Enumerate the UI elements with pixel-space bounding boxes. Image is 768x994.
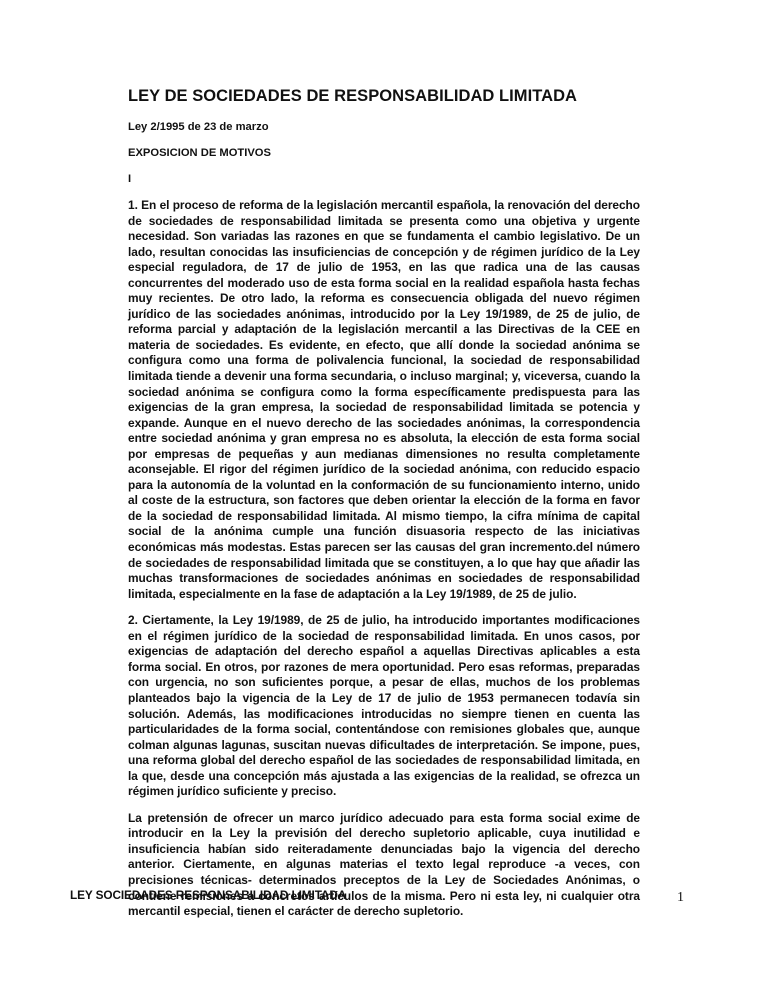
chapter-numeral: I bbox=[128, 172, 640, 186]
document-title: LEY DE SOCIEDADES DE RESPONSABILIDAD LIM… bbox=[128, 86, 640, 106]
law-reference: Ley 2/1995 de 23 de marzo bbox=[128, 120, 640, 134]
paragraph-1: 1. En el proceso de reforma de la legisl… bbox=[128, 198, 640, 602]
page-number: 1 bbox=[677, 890, 684, 906]
paragraph-2: 2. Ciertamente, la Ley 19/1989, de 25 de… bbox=[128, 613, 640, 800]
document-page: LEY DE SOCIEDADES DE RESPONSABILIDAD LIM… bbox=[128, 86, 640, 931]
section-heading: EXPOSICION DE MOTIVOS bbox=[128, 146, 640, 160]
page-footer: LEY SOCIEDADES RESPONSABILIDAD LIMITADA … bbox=[70, 888, 670, 904]
footer-running-title: LEY SOCIEDADES RESPONSABILIDAD LIMITADA bbox=[70, 888, 346, 902]
